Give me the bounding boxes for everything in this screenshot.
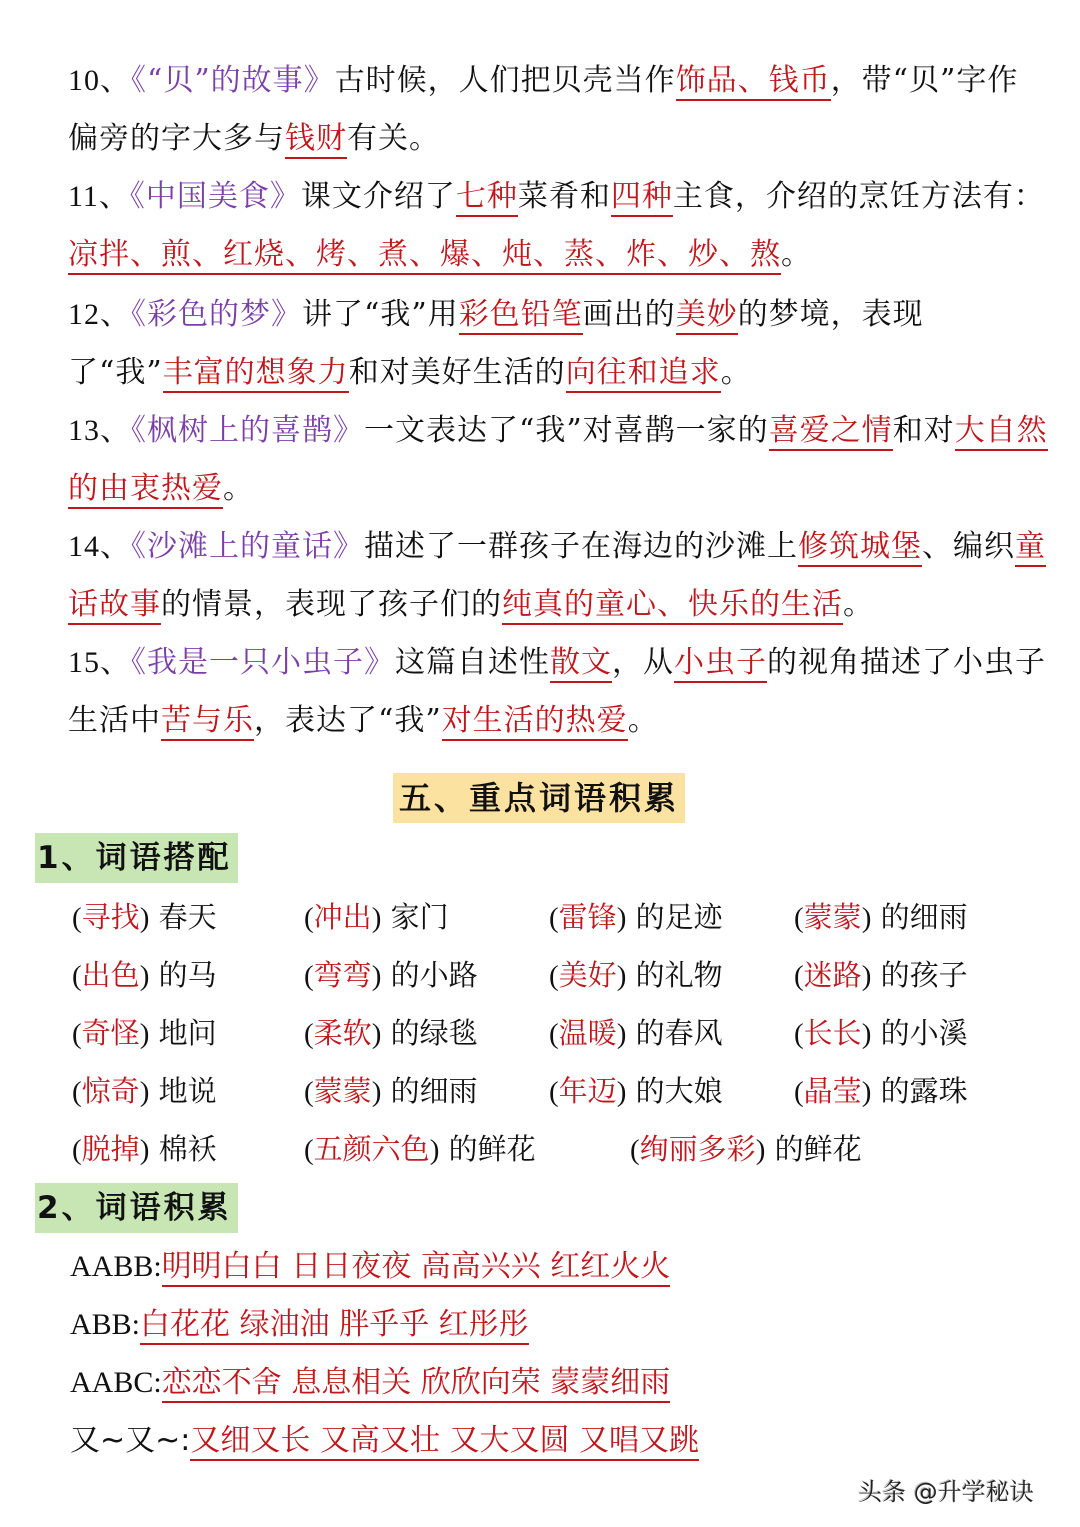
lesson-title: 《中国美食》 xyxy=(130,179,301,214)
text-segment: 菜肴和 xyxy=(518,179,611,214)
text-segment: 。 xyxy=(781,237,812,272)
highlight-keyword: 彩色铅笔 xyxy=(459,297,583,335)
pattern-label: AABC: xyxy=(70,1366,162,1399)
summary-item-10: 10、《“贝”的故事》古时候，人们把贝壳当作饰品、钱币，带“贝”字作偏旁的字大多… xyxy=(68,52,1048,168)
collocation-row: (惊奇) 地说 (蒙蒙) 的细雨 (年迈) 的大娘 (晶莹) 的露珠 xyxy=(72,1062,1052,1120)
highlight-keyword: 七种 xyxy=(456,179,518,217)
collocation-cell: (弯弯) 的小路 xyxy=(304,946,478,1005)
collocation-row: (奇怪) 地问 (柔软) 的绿毯 (温暖) 的春风 (长长) 的小溪 xyxy=(72,1004,1052,1062)
summary-item-11: 11、《中国美食》课文介绍了七种菜肴和四种主食，介绍的烹饪方法有：凉拌、煎、红烧… xyxy=(68,168,1048,284)
word-pattern-row: 又~又~:又细又长 又高又壮 又大又圆 又唱又跳 xyxy=(70,1412,1050,1470)
item-number: 10、 xyxy=(68,64,131,97)
word-pattern-row: AABB:明明白白 日日夜夜 高高兴兴 红红火火 xyxy=(70,1238,1050,1296)
highlight-keyword: 苦与乐 xyxy=(161,703,254,741)
collocation-cell: (蒙蒙) 的细雨 xyxy=(304,1062,478,1121)
collocation-cell: (冲出) 家门 xyxy=(304,888,449,947)
summary-item-15: 15、《我是一只小虫子》这篇自述性散文，从小虫子的视角描述了小虫子生活中苦与乐，… xyxy=(68,634,1048,750)
text-segment: 古时候，人们把贝壳当作 xyxy=(335,63,676,98)
text-segment: 。 xyxy=(223,471,254,506)
item-number: 11、 xyxy=(68,180,130,213)
collocation-cell: (美好) 的礼物 xyxy=(549,946,723,1005)
highlight-keyword: 丰富的想象力 xyxy=(163,355,349,393)
collocation-cell: (寻找) 春天 xyxy=(72,888,217,947)
highlight-keyword: 向往和追求 xyxy=(566,355,721,393)
pattern-label: AABB: xyxy=(70,1250,162,1283)
text-segment: 主食，介绍的烹饪方法有： xyxy=(673,179,1045,214)
lesson-title: 《彩色的梦》 xyxy=(131,297,302,332)
highlight-keyword: 纯真的童心、快乐的生活 xyxy=(502,587,843,625)
subsection-title-collocation: 1、词语搭配 xyxy=(35,833,238,883)
text-segment: 、编织 xyxy=(922,529,1015,564)
word-pattern-row: ABB:白花花 绿油油 胖乎乎 红彤彤 xyxy=(70,1296,1050,1354)
collocation-grid: (寻找) 春天 (冲出) 家门 (雷锋) 的足迹 (蒙蒙) 的细雨 (出色) 的… xyxy=(72,888,1052,1178)
watermark: 头条 @升学秘诀 xyxy=(858,1472,1034,1507)
text-segment: ，表达了“我” xyxy=(254,703,442,738)
word-pattern-row: AABC:恋恋不舍 息息相关 欣欣向荣 蒙蒙细雨 xyxy=(70,1354,1050,1412)
text-segment: 。 xyxy=(843,587,874,622)
lesson-title: 《我是一只小虫子》 xyxy=(131,645,395,680)
highlight-keyword: 喜爱之情 xyxy=(769,413,893,451)
text-segment: 。 xyxy=(721,355,752,390)
highlight-keyword: 小虫子 xyxy=(674,645,767,683)
text-segment: 画出的 xyxy=(583,297,676,332)
collocation-cell: (柔软) 的绿毯 xyxy=(304,1004,478,1063)
summary-item-12: 12、《彩色的梦》讲了“我”用彩色铅笔画出的美妙的梦境，表现了“我”丰富的想象力… xyxy=(68,286,1048,402)
highlight-keyword: 钱财 xyxy=(285,121,347,159)
highlight-keyword: 饰品、钱币 xyxy=(676,63,831,101)
collocation-cell: (温暖) 的春风 xyxy=(549,1004,723,1063)
item-number: 13、 xyxy=(68,414,131,447)
collocation-cell: (迷路) 的孩子 xyxy=(794,946,968,1005)
collocation-row: (寻找) 春天 (冲出) 家门 (雷锋) 的足迹 (蒙蒙) 的细雨 xyxy=(72,888,1052,946)
pattern-words: 明明白白 日日夜夜 高高兴兴 红红火火 xyxy=(162,1249,671,1287)
highlight-keyword: 四种 xyxy=(611,179,673,217)
highlight-keyword: 对生活的热爱 xyxy=(442,703,628,741)
highlight-keyword: 凉拌、煎、红烧、烤、煮、爆、炖、蒸、炸、炒、熬 xyxy=(68,237,781,275)
text-segment: 和对 xyxy=(893,413,955,448)
pattern-words: 恋恋不舍 息息相关 欣欣向荣 蒙蒙细雨 xyxy=(162,1365,671,1403)
pattern-words: 白花花 绿油油 胖乎乎 红彤彤 xyxy=(140,1307,529,1345)
subsection-title-accumulation: 2、词语积累 xyxy=(35,1183,238,1233)
collocation-row: (脱掉) 棉袄 (五颜六色) 的鲜花 (绚丽多彩) 的鲜花 xyxy=(72,1120,1052,1178)
document-page: 10、《“贝”的故事》古时候，人们把贝壳当作饰品、钱币，带“贝”字作偏旁的字大多… xyxy=(0,0,1080,1527)
text-segment: 。 xyxy=(628,703,659,738)
section-title: 五、重点词语积累 xyxy=(393,773,685,823)
pattern-words: 又细又长 又高又壮 又大又圆 又唱又跳 xyxy=(190,1423,699,1461)
text-segment: 描述了一群孩子在海边的沙滩上 xyxy=(364,529,798,564)
text-segment: 讲了“我”用 xyxy=(302,297,459,332)
lesson-title: 《枫树上的喜鹊》 xyxy=(131,413,364,448)
text-segment: 有关。 xyxy=(347,121,440,156)
lesson-title: 《沙滩上的童话》 xyxy=(131,529,364,564)
summary-item-14: 14、《沙滩上的童话》描述了一群孩子在海边的沙滩上修筑城堡、编织童话故事的情景，… xyxy=(68,518,1048,634)
collocation-cell: (出色) 的马 xyxy=(72,946,217,1005)
collocation-cell: (长长) 的小溪 xyxy=(794,1004,968,1063)
text-segment: 一文表达了“我”对喜鹊一家的 xyxy=(364,413,769,448)
item-number: 12、 xyxy=(68,298,131,331)
highlight-keyword: 修筑城堡 xyxy=(798,529,922,567)
pattern-label: 又~又~: xyxy=(70,1423,190,1458)
collocation-cell: (绚丽多彩) 的鲜花 xyxy=(630,1120,862,1179)
collocation-cell: (年迈) 的大娘 xyxy=(549,1062,723,1121)
text-segment: 的情景，表现了孩子们的 xyxy=(161,587,502,622)
collocation-cell: (脱掉) 棉袄 xyxy=(72,1120,217,1179)
collocation-row: (出色) 的马 (弯弯) 的小路 (美好) 的礼物 (迷路) 的孩子 xyxy=(72,946,1052,1004)
collocation-cell: (五颜六色) 的鲜花 xyxy=(304,1120,536,1179)
item-number: 14、 xyxy=(68,530,131,563)
collocation-cell: (晶莹) 的露珠 xyxy=(794,1062,968,1121)
highlight-keyword: 美妙 xyxy=(676,297,738,335)
summary-item-13: 13、《枫树上的喜鹊》一文表达了“我”对喜鹊一家的喜爱之情和对大自然的由衷热爱。 xyxy=(68,402,1048,518)
text-segment: ，从 xyxy=(612,645,674,680)
pattern-label: ABB: xyxy=(70,1308,140,1341)
lesson-title: 《“贝”的故事》 xyxy=(131,63,335,98)
text-segment: 这篇自述性 xyxy=(395,645,550,680)
collocation-cell: (蒙蒙) 的细雨 xyxy=(794,888,968,947)
item-number: 15、 xyxy=(68,646,131,679)
collocation-cell: (奇怪) 地问 xyxy=(72,1004,217,1063)
text-segment: 和对美好生活的 xyxy=(349,355,566,390)
collocation-cell: (惊奇) 地说 xyxy=(72,1062,217,1121)
collocation-cell: (雷锋) 的足迹 xyxy=(549,888,723,947)
text-segment: 课文介绍了 xyxy=(301,179,456,214)
highlight-keyword: 散文 xyxy=(550,645,612,683)
